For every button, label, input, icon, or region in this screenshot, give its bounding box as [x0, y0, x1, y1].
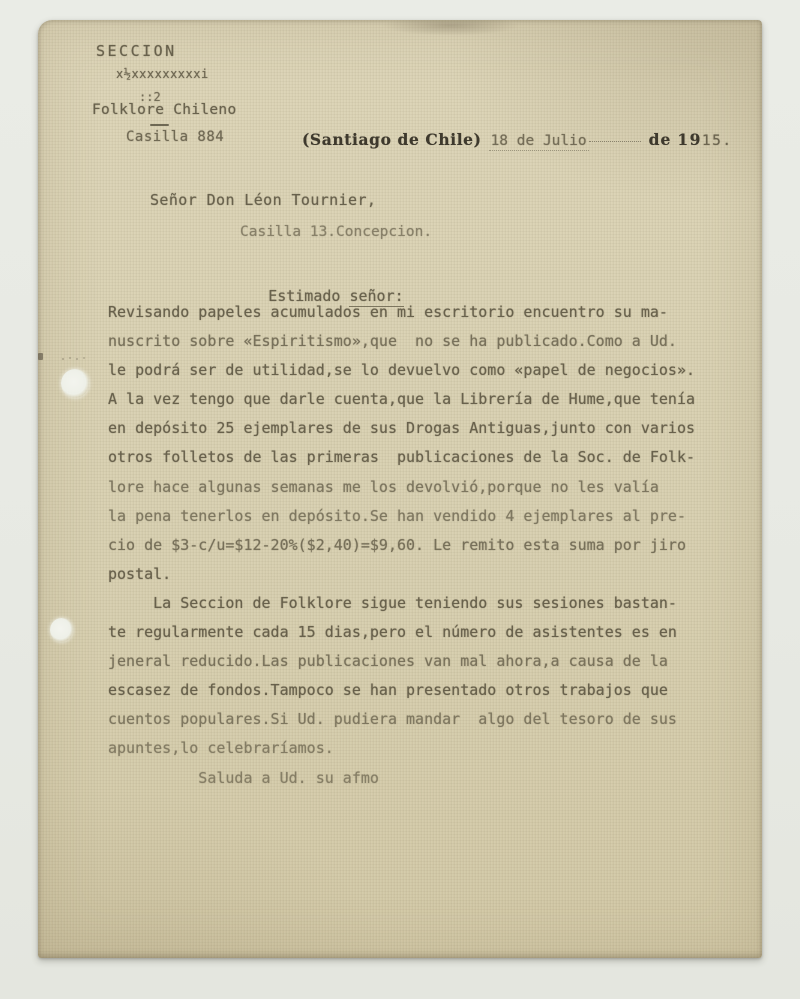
- letter-line: cio de $3-c/u=$12-20%($2,40)=$9,60. Le r…: [108, 531, 728, 560]
- letter-line: nuscrito sobre «Espiritismo»,que no se h…: [108, 327, 728, 356]
- ink-speckles: [59, 356, 89, 362]
- letter-line: Saluda a Ud. su afmo: [108, 764, 728, 793]
- letter-line: La Seccion de Folklore sigue teniendo su…: [108, 589, 728, 618]
- letter-line: escasez de fondos.Tampoco se han present…: [108, 676, 728, 705]
- paper-hole-top: [61, 369, 89, 398]
- letter-line: jeneral reducido.Las publicaciones van m…: [108, 647, 728, 676]
- dateline-typed-date: 18 de Julio: [489, 133, 589, 151]
- letter-line: lore hace algunas semanas me los devolvi…: [108, 473, 728, 502]
- recipient-name: Señor Don Léon Tournier,: [150, 191, 376, 209]
- underline-dash: [150, 124, 169, 126]
- letterhead-struck-text: x½xxxxxxxxxi: [116, 67, 209, 81]
- letter-body: Revisando papeles acumulados en mi escri…: [108, 298, 728, 793]
- paper-hole-bottom: [50, 618, 73, 642]
- letter-line: te regularmente cada 15 dias,pero el núm…: [108, 618, 728, 647]
- dateline-year-printed: 19: [677, 130, 702, 149]
- scan-background: SECCION x½xxxxxxxxxi ::2 Folklore Chilen…: [0, 0, 800, 999]
- dateline: (Santiago de Chile) 18 de Julio de 1915.: [302, 130, 733, 151]
- letter-line: le podrá ser de utilidad,se lo devuelvo …: [108, 356, 728, 385]
- edge-mark: [38, 353, 43, 360]
- letter-line: otros folletos de las primeras publicaci…: [108, 443, 728, 472]
- letterhead-org-line1: SECCION: [96, 42, 177, 60]
- letter-line: apuntes,lo celebraríamos.: [108, 734, 728, 763]
- letter-line: Revisando papeles acumulados en mi escri…: [108, 298, 728, 327]
- dateline-place: (Santiago de Chile): [302, 130, 482, 149]
- recipient-address: Casilla 13.Concepcion.: [240, 224, 432, 240]
- dotted-leader: [589, 140, 641, 142]
- dateline-year-typed: 15.: [702, 133, 733, 149]
- letter-line: postal.: [108, 560, 728, 589]
- letter-line: en depósito 25 ejemplares de sus Drogas …: [108, 414, 728, 443]
- letter-line: A la vez tengo que darle cuenta,que la L…: [108, 385, 728, 414]
- letter-paper: SECCION x½xxxxxxxxxi ::2 Folklore Chilen…: [38, 20, 762, 958]
- letter-line: cuentos populares.Si Ud. pudiera mandar …: [108, 705, 728, 734]
- letter-line: la pena tenerlos en depósito.Se han vend…: [108, 502, 728, 531]
- dateline-de: de: [649, 130, 672, 149]
- letterhead-address: Casilla 884: [126, 129, 224, 145]
- letterhead-org-line2: Folklore Chileno: [92, 102, 236, 118]
